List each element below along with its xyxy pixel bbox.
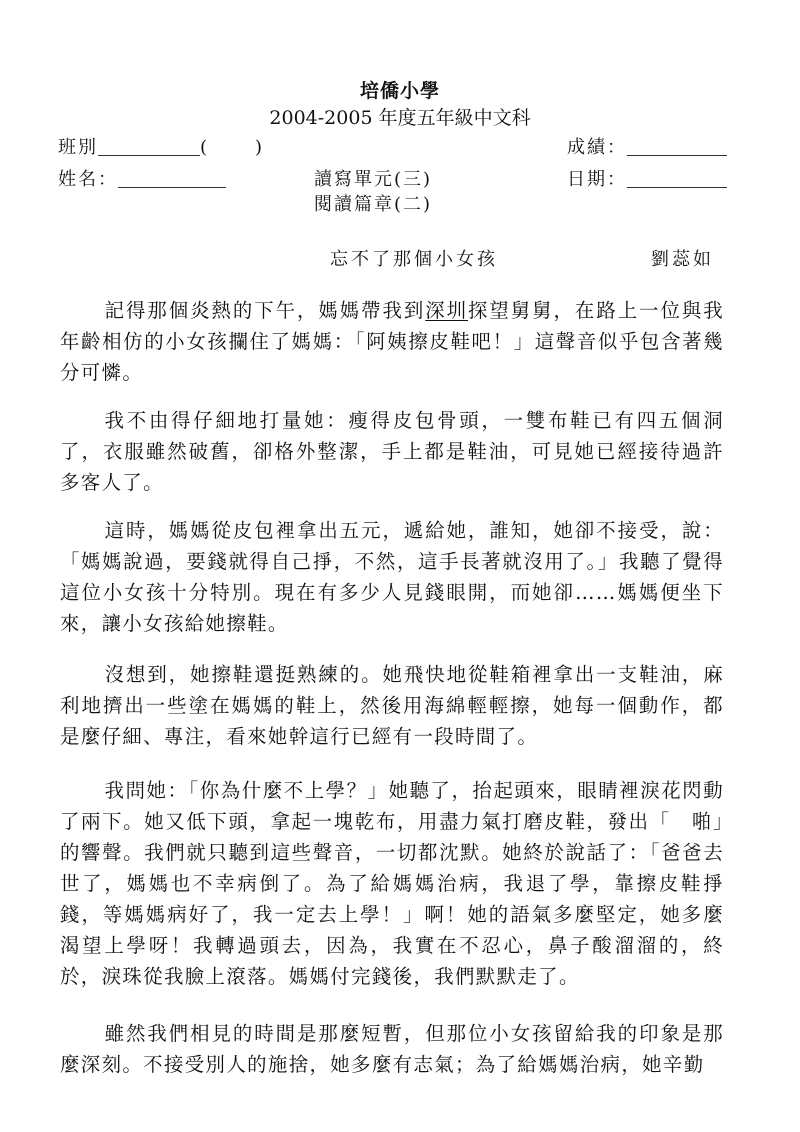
- name-field: 姓名：: [58, 165, 226, 191]
- score-label: 成績：: [567, 137, 627, 158]
- date-field: 日期：: [567, 165, 727, 191]
- paragraph-text: 沒想到，她擦鞋還挺熟練的。她飛快地從鞋箱裡拿出一支鞋油，麻利地擠出一些塗在媽媽的…: [60, 659, 724, 752]
- paragraph-text: 記得那個炎熱的下午，媽媽帶我到: [105, 299, 426, 322]
- story-author: 劉蕊如: [651, 245, 714, 271]
- score-field: 成績：: [567, 133, 727, 159]
- date-label: 日期：: [567, 169, 627, 190]
- class-blank[interactable]: [98, 137, 200, 156]
- worksheet-subtitle: 2004-2005 年度五年級中文科: [0, 103, 800, 130]
- name-label: 姓名：: [58, 169, 118, 190]
- paragraph-text: 我不由得仔細地打量她：瘦得皮包骨頭，一雙布鞋已有四五個洞了，衣服雖然破舊，卻格外…: [60, 405, 724, 498]
- class-paren-open: (: [200, 137, 209, 158]
- paragraph-3: 這時，媽媽從皮包裡拿出五元，遞給她，誰知，她卻不接受，說：「媽媽說過，要錢就得自…: [60, 515, 724, 639]
- paragraph-5: 我問她：「你為什麼不上學？」她聽了，抬起頭來，眼睛裡淚花閃動了兩下。她又低下頭，…: [60, 775, 724, 992]
- paragraph-text: 我問她：「你為什麼不上學？」她聽了，抬起頭來，眼睛裡淚花閃動了兩下。她又低下頭，…: [60, 775, 724, 992]
- class-paren-close: ): [255, 137, 264, 158]
- place-name-shenzhen: 深圳: [425, 299, 468, 322]
- school-name: 培僑小學: [0, 76, 800, 103]
- paragraph-1: 記得那個炎熱的下午，媽媽帶我到深圳探望舅舅，在路上一位與我年齡相仿的小女孩攔住了…: [60, 295, 724, 388]
- date-blank[interactable]: [627, 169, 727, 188]
- score-blank[interactable]: [627, 137, 727, 156]
- paragraph-text: 雖然我們相見的時間是那麼短暫，但那位小女孩留給我的印象是那麼深刻。不接受別人的施…: [60, 1018, 724, 1080]
- paragraph-2: 我不由得仔細地打量她：瘦得皮包骨頭，一雙布鞋已有四五個洞了，衣服雖然破舊，卻格外…: [60, 405, 724, 498]
- name-blank[interactable]: [118, 169, 226, 188]
- paragraph-text: 這時，媽媽從皮包裡拿出五元，遞給她，誰知，她卻不接受，說：「媽媽說過，要錢就得自…: [60, 515, 724, 639]
- class-label: 班別: [58, 137, 98, 158]
- class-field: 班別(): [58, 133, 264, 159]
- story-title: 忘不了那個小女孩: [330, 245, 498, 271]
- paragraph-6: 雖然我們相見的時間是那麼短暫，但那位小女孩留給我的印象是那麼深刻。不接受別人的施…: [60, 1018, 724, 1080]
- unit-label: 讀寫單元(三): [314, 165, 432, 191]
- section-label: 閱讀篇章(二): [314, 190, 432, 216]
- paragraph-4: 沒想到，她擦鞋還挺熟練的。她飛快地從鞋箱裡拿出一支鞋油，麻利地擠出一些塗在媽媽的…: [60, 659, 724, 752]
